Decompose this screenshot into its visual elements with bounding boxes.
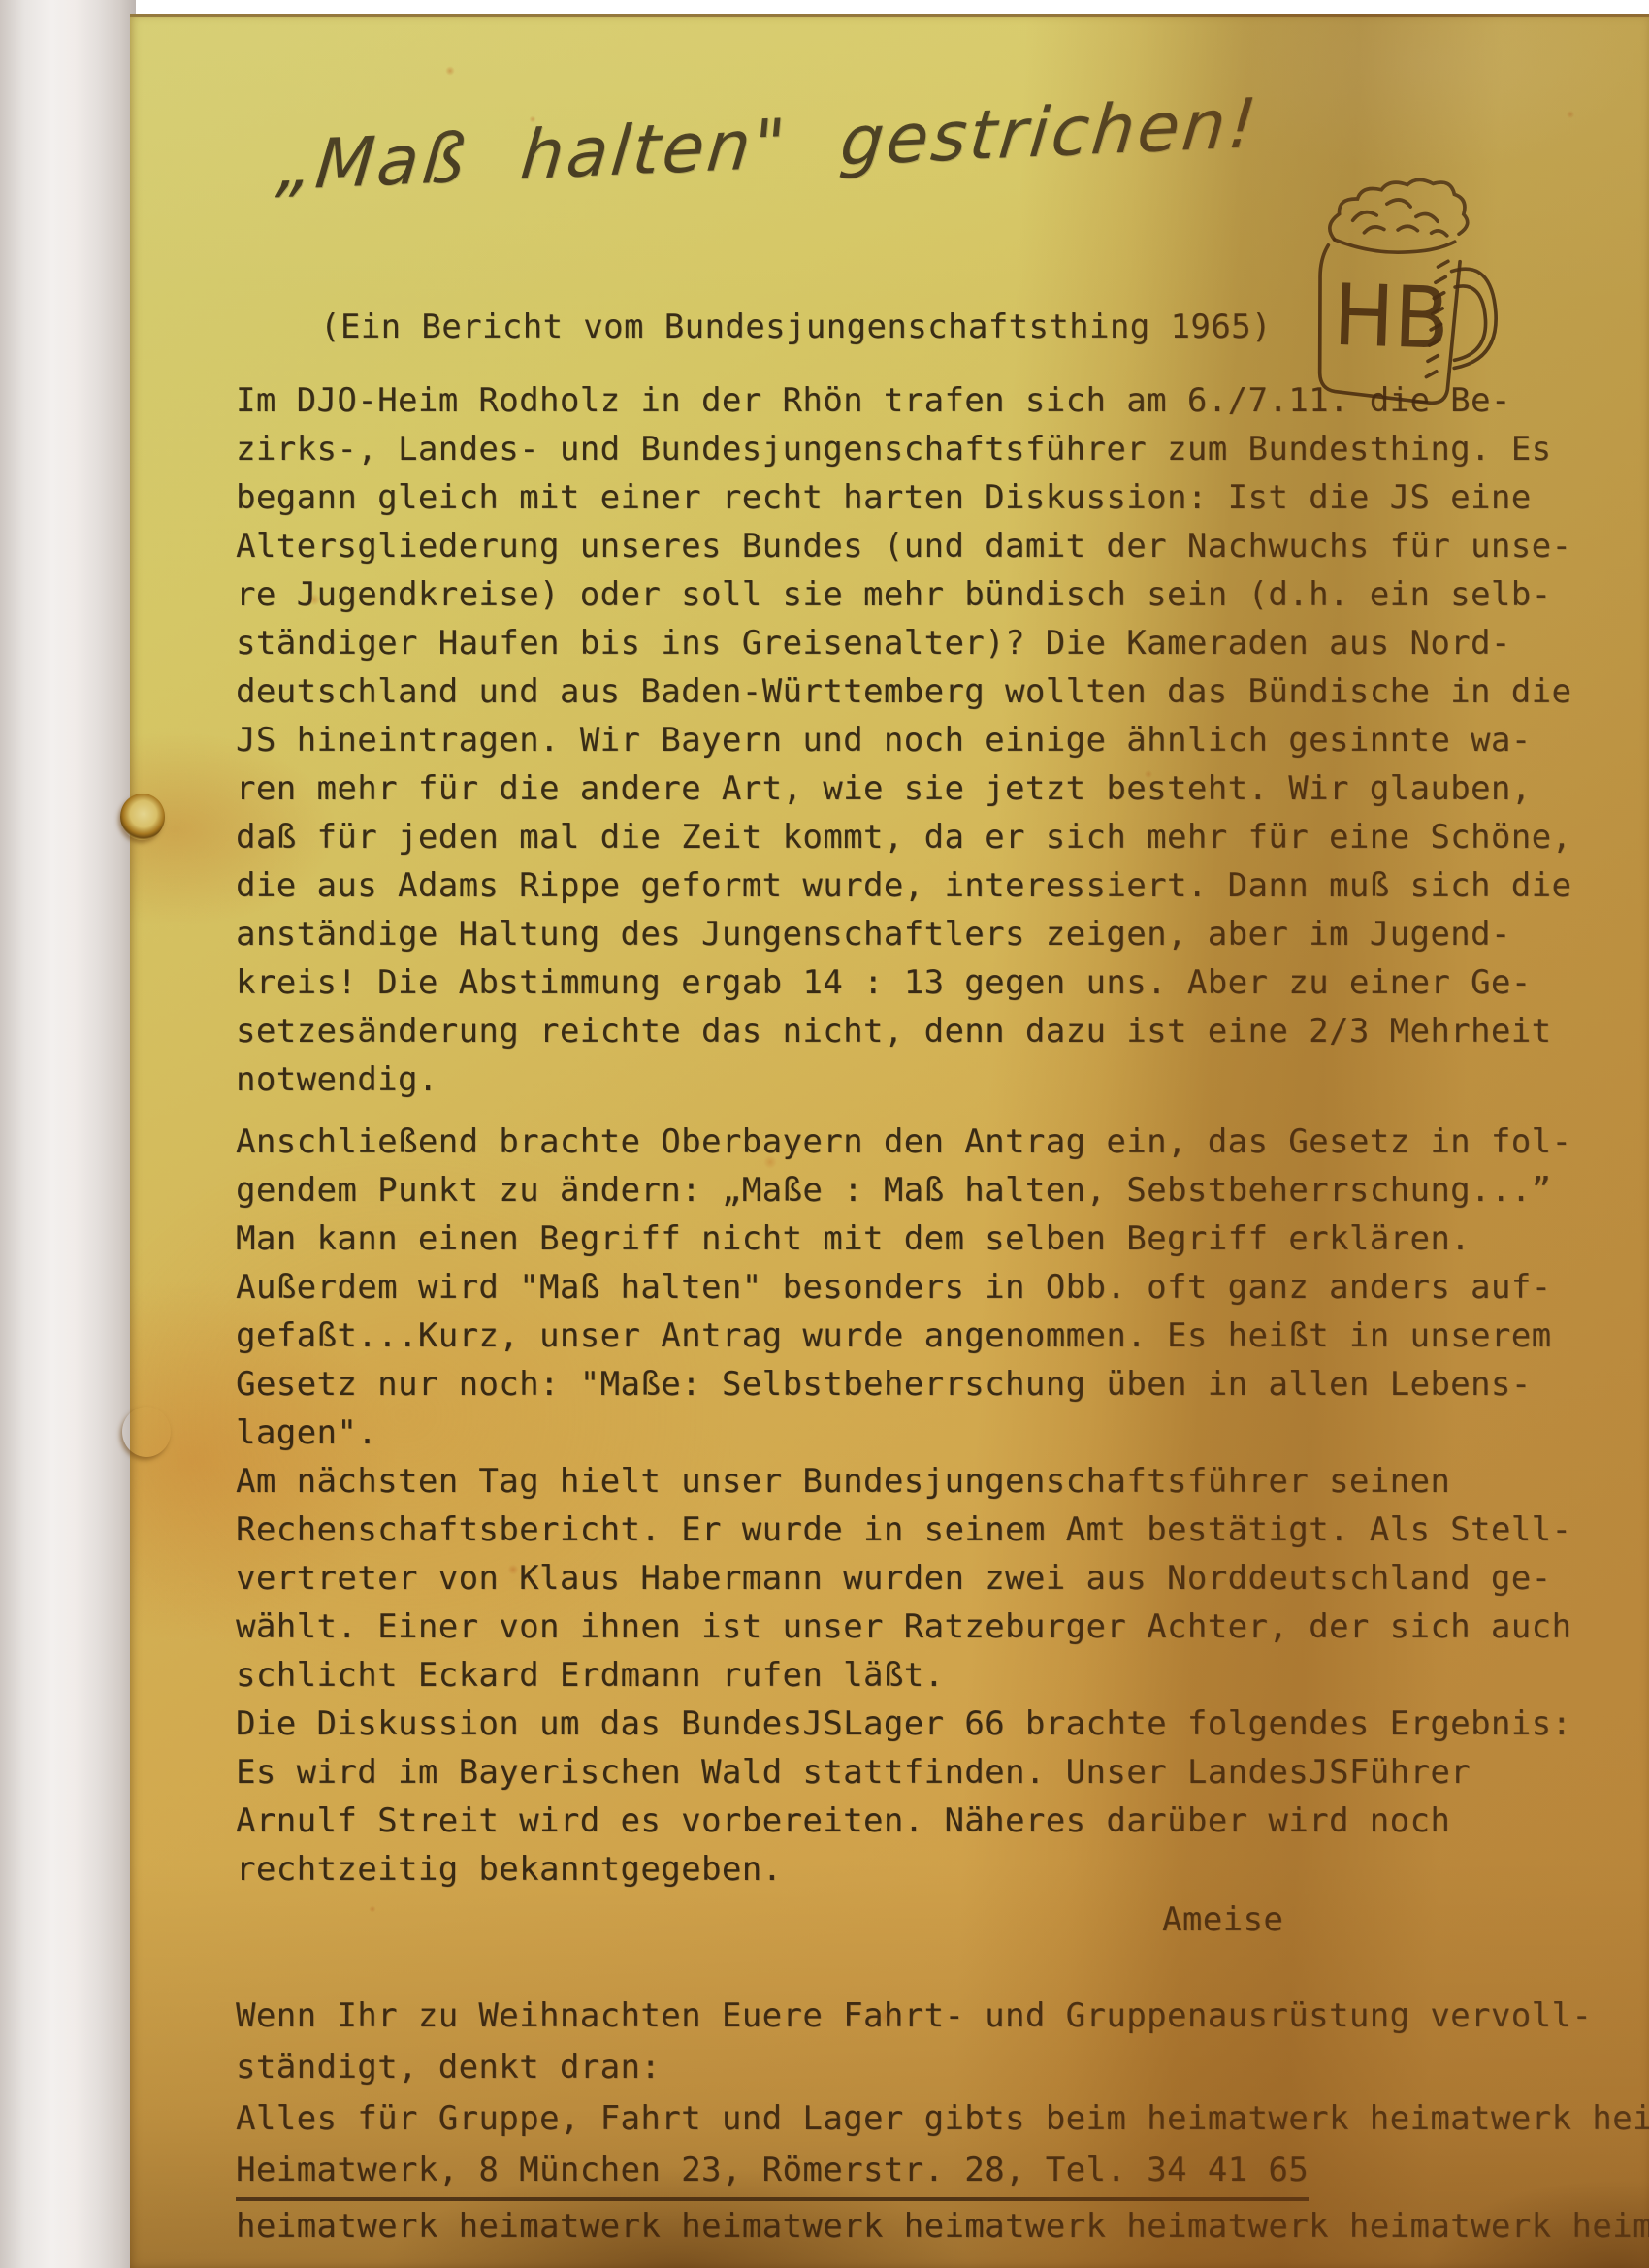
report-line: vertreter von Klaus Habermann wurden zwe… bbox=[236, 1554, 1571, 1603]
beer-mug-drawing: HB bbox=[1288, 167, 1505, 410]
report-line: Am nächsten Tag hielt unser Bundesjungen… bbox=[236, 1457, 1571, 1506]
report-line: Altersgliederung unseres Bundes (und dam… bbox=[236, 522, 1571, 570]
report-line: Rechenschaftsbericht. Er wurde in seinem… bbox=[236, 1506, 1571, 1554]
report-line: gendem Punkt zu ändern: „Maße : Maß halt… bbox=[236, 1166, 1571, 1215]
footer-note: Wenn Ihr zu Weihnachten Euere Fahrt- und… bbox=[236, 1991, 1649, 2252]
report-line: Arnulf Streit wird es vorbereiten. Näher… bbox=[236, 1797, 1571, 1845]
footer-line: Wenn Ihr zu Weihnachten Euere Fahrt- und… bbox=[236, 1991, 1649, 2042]
report-line: schlicht Eckard Erdmann rufen läßt. bbox=[236, 1651, 1571, 1700]
scanned-page: „Maß halten" gestrichen! bbox=[0, 0, 1649, 2268]
report-line: JS hineintragen. Wir Bayern und noch ein… bbox=[236, 716, 1571, 764]
report-line: re Jugendkreise) oder soll sie mehr bünd… bbox=[236, 570, 1571, 619]
report-line: Man kann einen Begriff nicht mit dem sel… bbox=[236, 1215, 1571, 1263]
punch-hole-top bbox=[120, 794, 165, 840]
report-line: daß für jeden mal die Zeit kommt, da er … bbox=[236, 813, 1571, 861]
mug-label: HB bbox=[1332, 267, 1451, 370]
report-line: rechtzeitig bekanntgegeben. bbox=[236, 1845, 1571, 1894]
report-line: kreis! Die Abstimmung ergab 14 : 13 gege… bbox=[236, 958, 1571, 1007]
report-line: begann gleich mit einer recht harten Dis… bbox=[236, 473, 1571, 522]
footer-address: Heimatwerk, 8 München 23, Römerstr. 28, … bbox=[236, 2145, 1309, 2201]
report-line: anständige Haltung des Jungenschaftlers … bbox=[236, 910, 1571, 958]
report-line: Die Diskussion um das BundesJSLager 66 b… bbox=[236, 1700, 1571, 1748]
report-line: zirks-, Landes- und Bundesjungenschaftsf… bbox=[236, 425, 1571, 473]
report-line: Es wird im Bayerischen Wald stattfinden.… bbox=[236, 1748, 1571, 1797]
report-line: wählt. Einer von ihnen ist unser Ratzebu… bbox=[236, 1603, 1571, 1651]
report-line: deutschland und aus Baden-Württemberg wo… bbox=[236, 667, 1571, 716]
beer-mug-sketch-icon: HB bbox=[1288, 167, 1505, 410]
footer-repeat-line: heimatwerk heimatwerk heimatwerk heimatw… bbox=[236, 2201, 1649, 2252]
footer-line: ständigt, denkt dran: bbox=[236, 2042, 1649, 2093]
footer-line: Alles für Gruppe, Fahrt und Lager gibts … bbox=[236, 2093, 1649, 2145]
report-subtitle: (Ein Bericht vom Bundesjungenschaftsthin… bbox=[320, 303, 1272, 351]
report-line: gefaßt...Kurz, unser Antrag wurde angeno… bbox=[236, 1312, 1571, 1360]
report-line: lagen". bbox=[236, 1409, 1571, 1457]
report-line: Außerdem wird "Maß halten" besonders in … bbox=[236, 1263, 1571, 1312]
report-line: die aus Adams Rippe geformt wurde, inter… bbox=[236, 861, 1571, 910]
report-line: ren mehr für die andere Art, wie sie jet… bbox=[236, 764, 1571, 813]
report-line: Anschließend brachte Oberbayern den Antr… bbox=[236, 1118, 1571, 1166]
scanner-background-strip bbox=[0, 0, 136, 2268]
report-line: setzesänderung reichte das nicht, denn d… bbox=[236, 1007, 1571, 1055]
report-line: Im DJO-Heim Rodholz in der Rhön trafen s… bbox=[236, 376, 1571, 425]
report-body: Im DJO-Heim Rodholz in der Rhön trafen s… bbox=[236, 376, 1571, 1944]
footer-address-line: Heimatwerk, 8 München 23, Römerstr. 28, … bbox=[236, 2145, 1649, 2201]
report-line: ständiger Haufen bis ins Greisenalter)? … bbox=[236, 619, 1571, 667]
punch-hole-bottom bbox=[122, 1407, 171, 1457]
signature: Ameise bbox=[1162, 1895, 1571, 1944]
report-line: Gesetz nur noch: "Maße: Selbstbeherrschu… bbox=[236, 1360, 1571, 1409]
report-line: notwendig. bbox=[236, 1055, 1571, 1104]
